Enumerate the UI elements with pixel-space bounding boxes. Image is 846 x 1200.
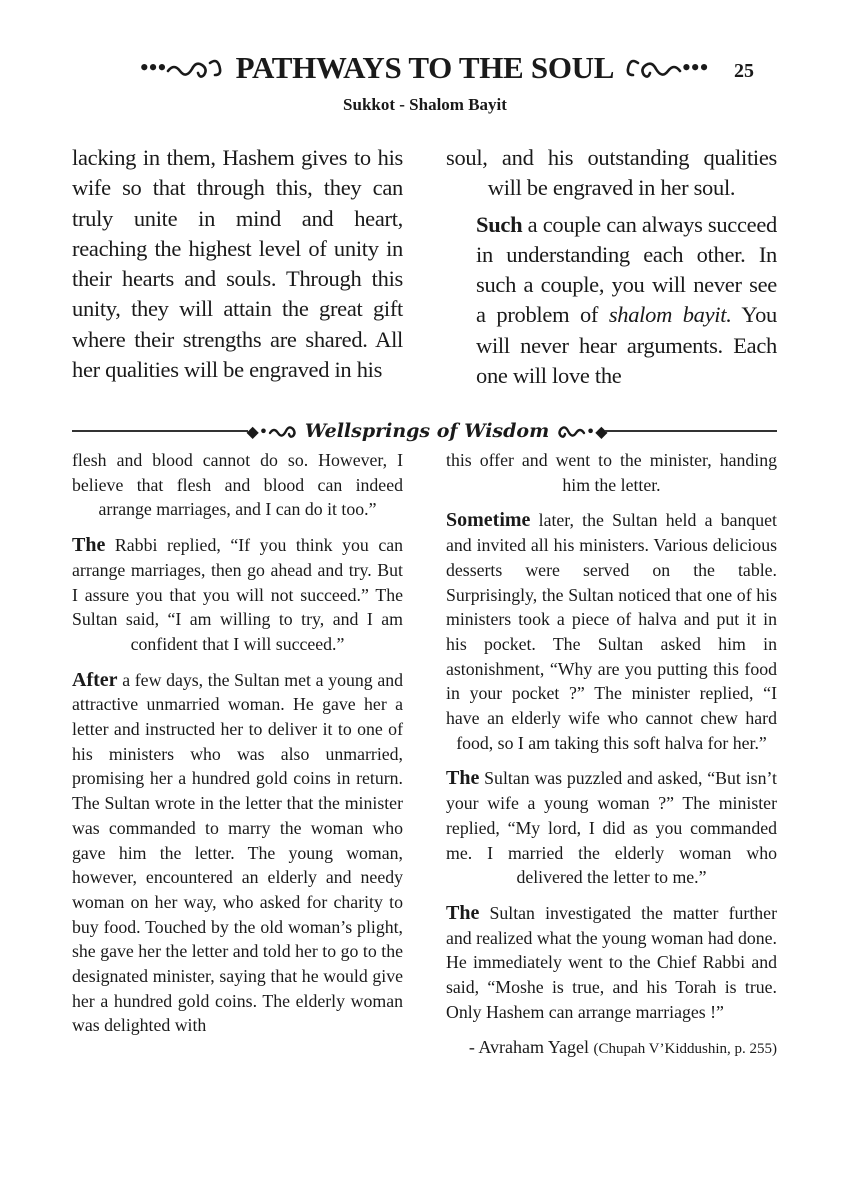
- section-heading: ◆• Wellsprings of Wisdom •◆: [242, 418, 612, 445]
- paragraph: this offer and went to the minister, han…: [446, 448, 777, 497]
- bottom-right-column: this offer and went to the minister, han…: [446, 448, 777, 1062]
- divider-rule-left: [72, 430, 248, 432]
- section-divider: ◆• Wellsprings of Wisdom •◆: [72, 418, 777, 444]
- paragraph-lead-word: Such: [476, 212, 522, 237]
- attribution: - Avraham Yagel (Chupah V’Kiddushin, p. …: [446, 1035, 777, 1062]
- italic-term: shalom bayit.: [609, 302, 732, 327]
- paragraph-lead-word: The: [446, 767, 479, 789]
- paragraph-lead-word: The: [446, 902, 479, 924]
- paragraph: After a few days, the Sultan met a young…: [72, 668, 403, 1039]
- attribution-author: - Avraham Yagel: [469, 1037, 589, 1057]
- attribution-source: (Chupah V’Kiddushin, p. 255): [594, 1041, 777, 1057]
- flourish-ornament-left-icon: ◆•: [246, 422, 298, 441]
- paragraph-lead-word: The: [72, 534, 105, 556]
- section-heading-text: Wellsprings of Wisdom: [305, 420, 549, 442]
- top-right-column: soul, and his outstanding qualities will…: [446, 143, 777, 391]
- paragraph: flesh and blood cannot do so. However, I…: [72, 448, 403, 522]
- paragraph-text: lacking in them, Hashem gives to his wif…: [72, 145, 403, 382]
- top-left-column: lacking in them, Hashem gives to his wif…: [72, 143, 403, 385]
- book-title: ••• PATHWAYS TO THE SOUL •••: [130, 48, 718, 88]
- paragraph-text: flesh and blood cannot do so. However, I…: [72, 450, 403, 519]
- paragraph-text: soul, and his outstanding qualities will…: [446, 145, 777, 200]
- paragraph-text: this offer and went to the minister, han…: [446, 450, 777, 495]
- flourish-ornament-left-icon: •••: [140, 48, 228, 88]
- paragraph: lacking in them, Hashem gives to his wif…: [72, 143, 403, 385]
- paragraph-text: Sultan investigated the matter further a…: [446, 903, 777, 1022]
- paragraph: The Sultan investigated the matter furth…: [446, 901, 777, 1025]
- paragraph: Sometime later, the Sultan held a banque…: [446, 508, 777, 755]
- divider-rule-right: [605, 430, 777, 432]
- chapter-subtitle: Sukkot - Shalom Bayit: [0, 94, 846, 116]
- paragraph-text: later, the Sultan held a banquet and inv…: [446, 510, 777, 752]
- flourish-ornament-right-icon: •••: [620, 48, 708, 88]
- bottom-left-column: flesh and blood cannot do so. However, I…: [72, 448, 403, 1038]
- page-number: 25: [734, 58, 754, 84]
- paragraph-lead-word: After: [72, 669, 118, 691]
- flourish-ornament-right-icon: •◆: [556, 422, 608, 441]
- paragraph-text: Sultan was puzzled and asked, “But isn’t…: [446, 768, 777, 887]
- page-header: ••• PATHWAYS TO THE SOUL ••• 25: [0, 48, 846, 92]
- paragraph-text: a few days, the Sultan met a young and a…: [72, 670, 403, 1036]
- paragraph: The Sultan was puzzled and asked, “But i…: [446, 766, 777, 890]
- paragraph: Such a couple can always succeed in unde…: [446, 210, 777, 392]
- title-text: PATHWAYS TO THE SOUL: [236, 50, 613, 85]
- paragraph: soul, and his outstanding qualities will…: [446, 143, 777, 204]
- paragraph: The Rabbi replied, “If you think you can…: [72, 533, 403, 657]
- paragraph-text: Rabbi replied, “If you think you can arr…: [72, 535, 403, 654]
- paragraph-lead-word: Sometime: [446, 509, 530, 531]
